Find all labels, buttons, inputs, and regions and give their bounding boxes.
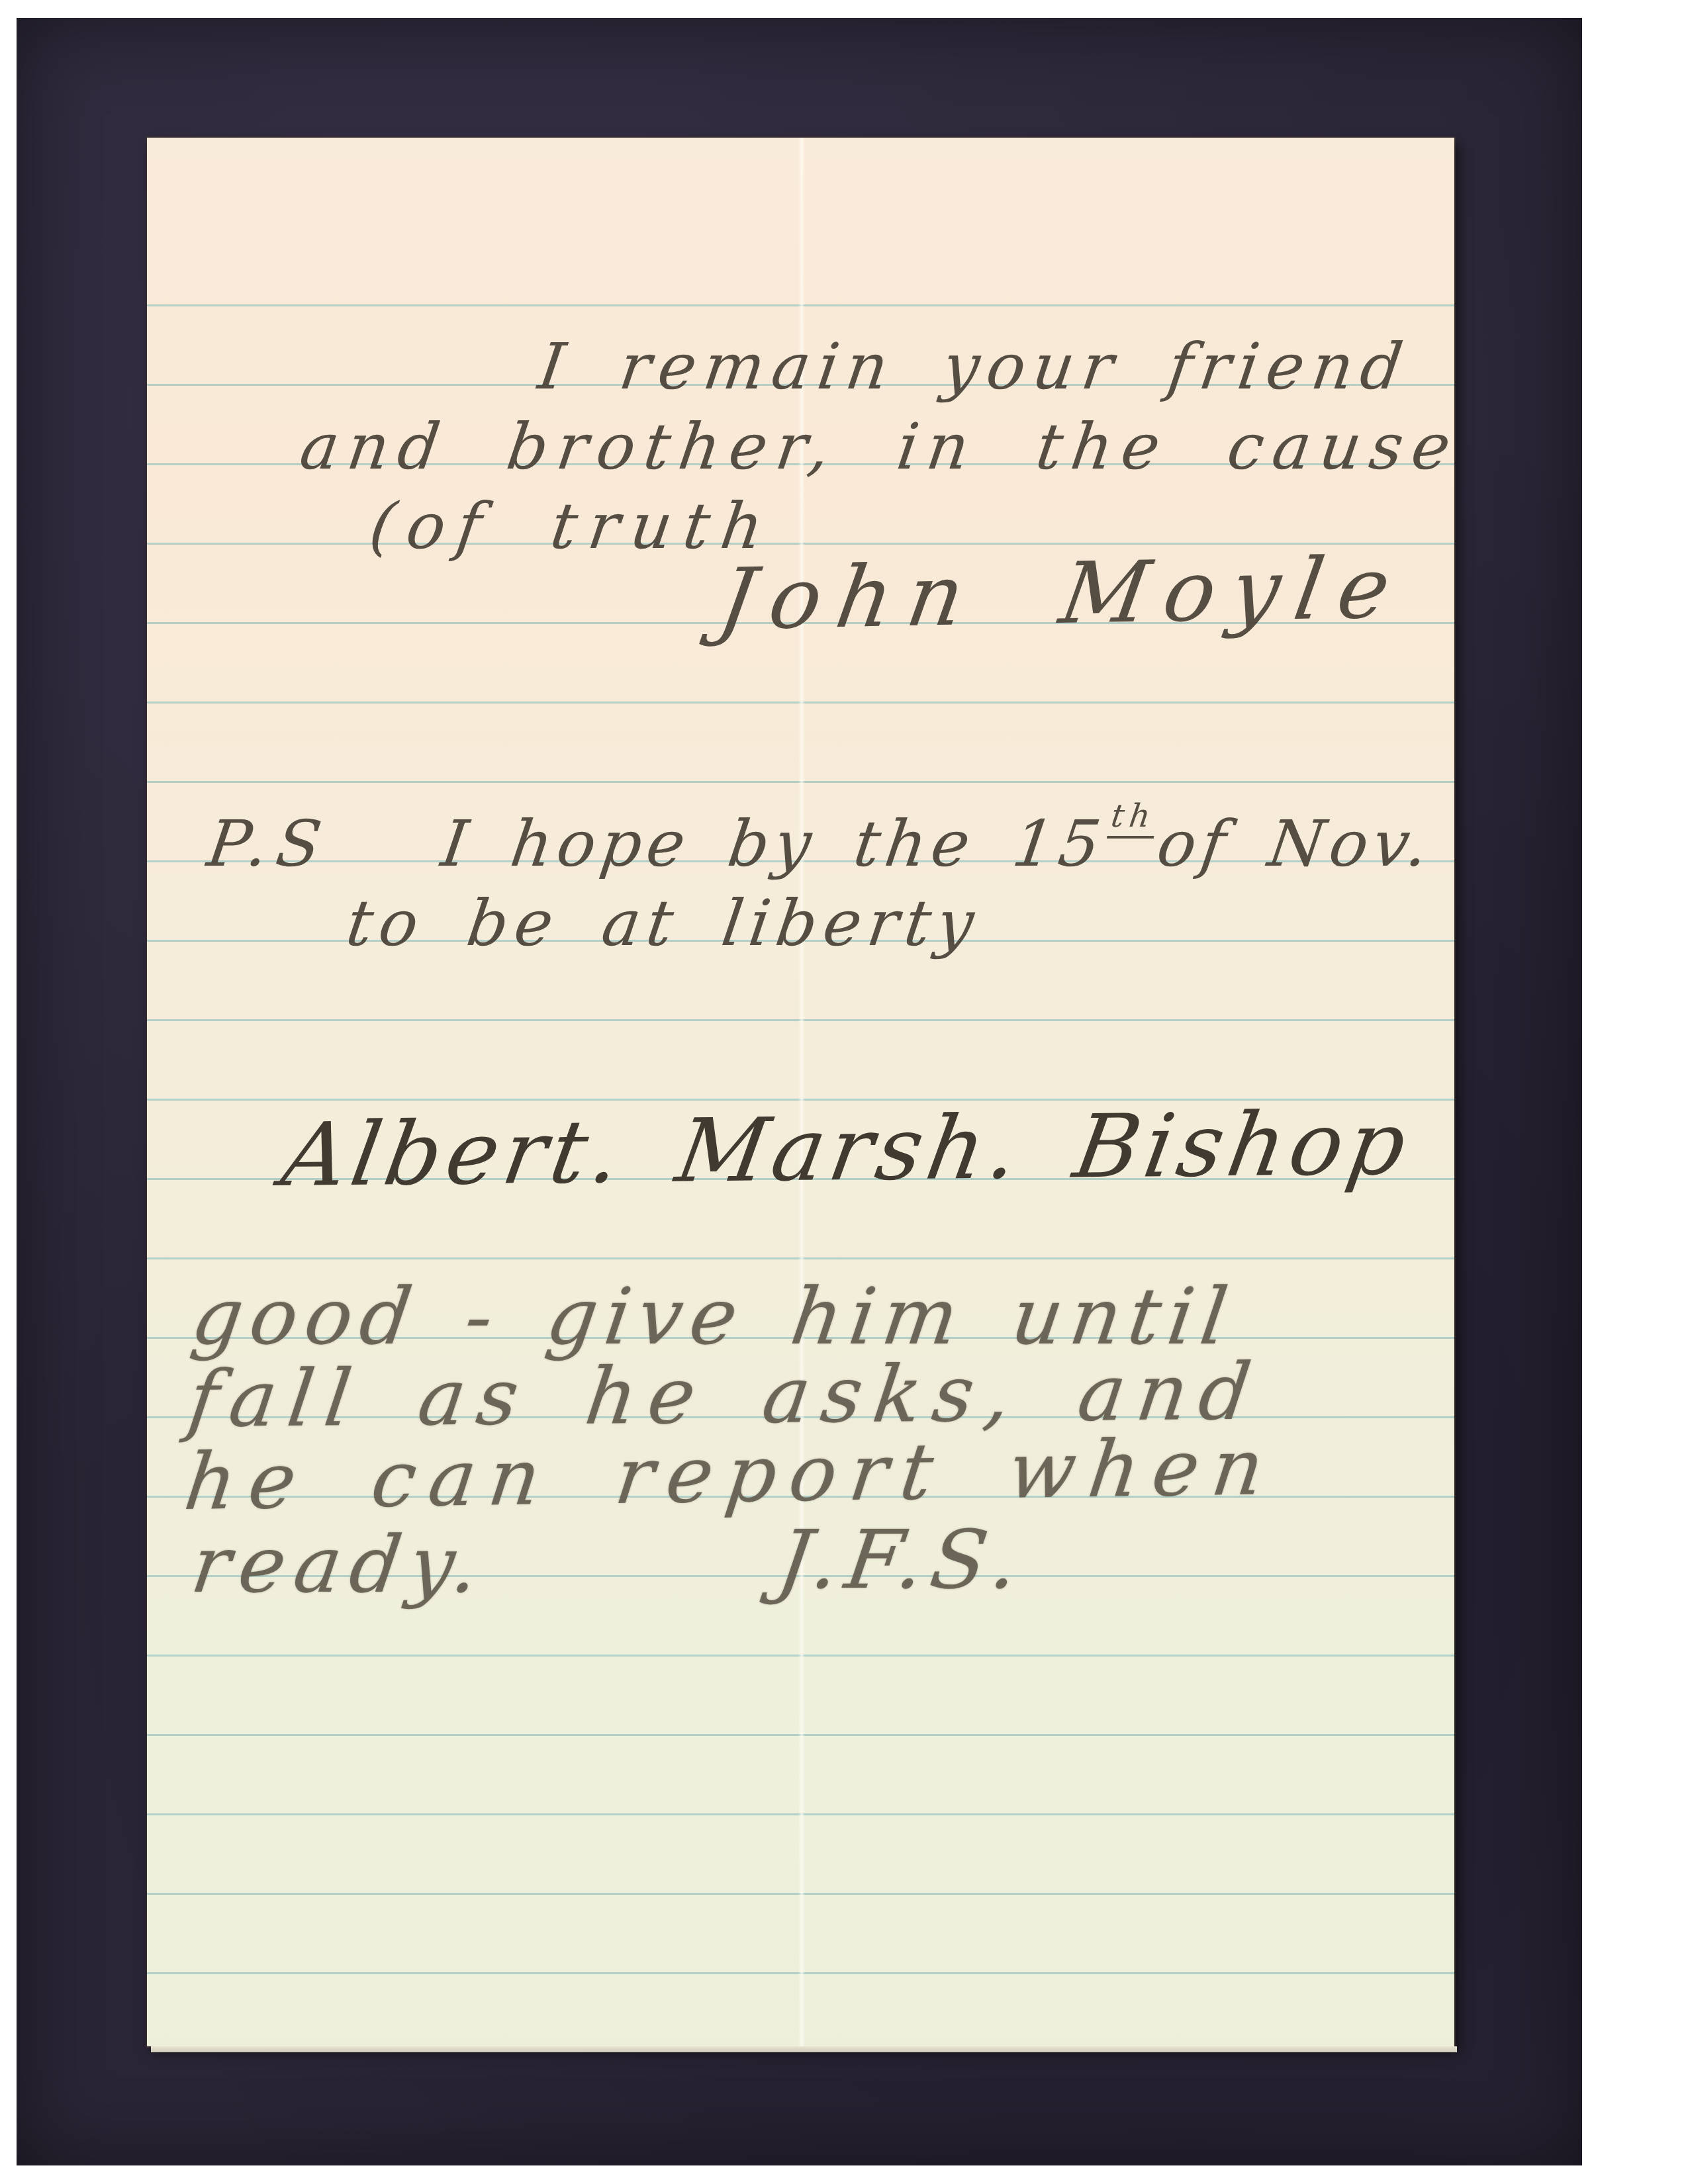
postscript-line-2: to be at liberty <box>343 891 984 955</box>
annotation-initials: J.F.S. <box>773 1520 1031 1600</box>
closing-line-2: and brother, in the cause <box>297 415 1464 478</box>
ordinal-superscript: th <box>1107 797 1159 839</box>
pencil-annotation-line-4: ready. <box>187 1525 492 1604</box>
letter-paper-sheet: I remain your friend and brother, in the… <box>147 138 1454 2046</box>
pencil-annotation-line-3: he can report when <box>181 1428 1281 1521</box>
pencil-annotation-line-1: good - give him until <box>187 1277 1240 1355</box>
closing-line-3: (of truth <box>366 494 778 558</box>
closing-line-1: I remain your friend <box>535 335 1414 398</box>
postscript-text-pre: I hope by the 15 <box>437 807 1110 881</box>
scanned-letter-page: { "page": { "background_color": "#ffffff… <box>0 0 1688 2184</box>
postscript-line-1: P.SI hope by the 15thof Nov. <box>204 812 1437 876</box>
addressee-name: Albert. Marsh. Bishop <box>277 1100 1417 1199</box>
signature-john-moyle: John Moyle <box>714 546 1411 643</box>
postscript-text-post: of Nov. <box>1152 807 1438 881</box>
postscript-label: P.S <box>203 807 335 881</box>
